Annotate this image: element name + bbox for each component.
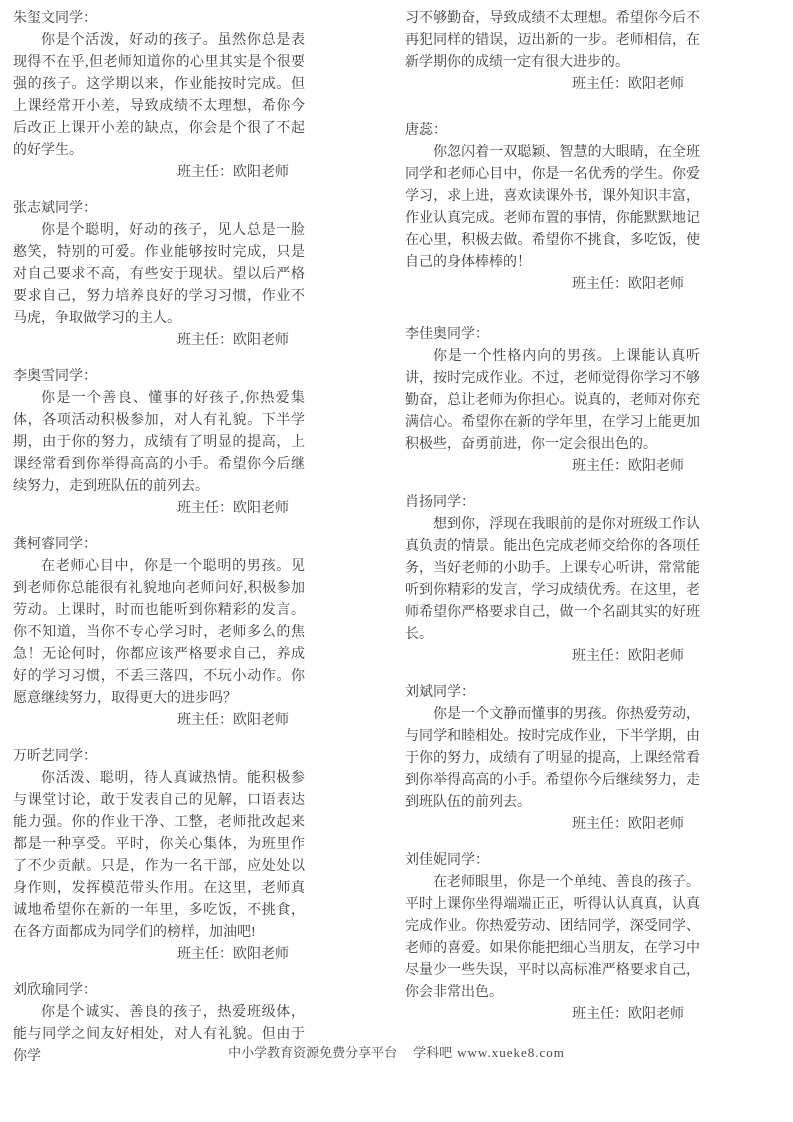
comment-section: 张志斌同学： 你是个聪明，好动的孩子，见人总是一脸憨笑，特别的可爱。作业能够按时… — [13, 198, 305, 352]
footer-platform-text: 中小学教育资源免费分享平台 — [228, 1045, 397, 1060]
footer-site-name: 学科吧 — [413, 1045, 452, 1060]
teacher-signature: 班主任：欧阳老师 — [13, 330, 305, 352]
comment-section: 李奥雪同学： 你是一个善良、懂事的好孩子,你热爱集体，各项活动积极参加，对人有礼… — [13, 366, 305, 520]
comment-body: 你忽闪着一双聪颖、智慧的大眼睛，在全班同学和老师心目中，你是一名优秀的学生。你爱… — [405, 142, 700, 274]
comment-section: 李佳奥同学： 你是一个性格内向的男孩。上课能认真听讲，按时完成作业。不过，老师觉… — [405, 324, 700, 478]
comment-section: 龚柯睿同学： 在老师心目中，你是一个聪明的男孩。见到老师你总能很有礼貌地向老师问… — [13, 534, 305, 732]
comment-body: 你是个聪明，好动的孩子，见人总是一脸憨笑，特别的可爱。作业能够按时完成，只是对自… — [13, 220, 305, 330]
teacher-signature: 班主任：欧阳老师 — [405, 814, 700, 836]
comment-body: 在老师眼里，你是一个单纯、善良的孩子。平时上课你坐得端端正正，听得认认真真，认真… — [405, 872, 700, 1004]
comment-body: 你是个活泼，好动的孩子。虽然你总是表现得不在乎,但老师知道你的心里其实是个很要强… — [13, 30, 305, 162]
teacher-signature: 班主任：欧阳老师 — [405, 1004, 700, 1026]
student-name: 李佳奥同学： — [405, 324, 700, 346]
document-page: 朱玺文同学： 你是个活泼，好动的孩子。虽然你总是表现得不在乎,但老师知道你的心里… — [0, 0, 793, 1122]
student-name: 龚柯睿同学： — [13, 534, 305, 556]
teacher-signature: 班主任：欧阳老师 — [13, 162, 305, 184]
page-footer: 中小学教育资源免费分享平台学科吧www.xueke8.com — [0, 1044, 793, 1062]
teacher-signature: 班主任：欧阳老师 — [13, 498, 305, 520]
comment-body: 在老师心目中，你是一个聪明的男孩。见到老师你总能很有礼貌地向老师问好,积极参加劳… — [13, 556, 305, 710]
teacher-signature: 班主任：欧阳老师 — [405, 646, 700, 668]
right-column: 习不够勤奋，导致成绩不太理想。希望你今后不再犯同样的错误，迈出新的一步。老师相信… — [405, 8, 700, 1040]
student-name: 朱玺文同学： — [13, 8, 305, 30]
teacher-signature: 班主任：欧阳老师 — [405, 74, 700, 96]
comment-body: 你是一个善良、懂事的好孩子,你热爱集体，各项活动积极参加，对人有礼貌。下半学期，… — [13, 388, 305, 498]
student-name: 唐蕊： — [405, 120, 700, 142]
comment-body: 想到你，浮现在我眼前的是你对班级工作认真负责的情景。能出色完成老师交给你的各项任… — [405, 514, 700, 646]
student-name: 肖扬同学： — [405, 492, 700, 514]
comment-section: 朱玺文同学： 你是个活泼，好动的孩子。虽然你总是表现得不在乎,但老师知道你的心里… — [13, 8, 305, 184]
comment-section: 刘斌同学： 你是一个文静而懂事的男孩。你热爱劳动，与同学和睦相处。按时完成作业，… — [405, 682, 700, 836]
comment-body: 你是一个文静而懂事的男孩。你热爱劳动，与同学和睦相处。按时完成作业，下半学期，由… — [405, 704, 700, 814]
teacher-signature: 班主任：欧阳老师 — [405, 456, 700, 478]
student-name: 李奥雪同学： — [13, 366, 305, 388]
comment-body: 你活泼、聪明，待人真诚热情。能积极参与课堂讨论，敢于发表自己的见解，口语表达能力… — [13, 768, 305, 944]
comment-body: 你是一个性格内向的男孩。上课能认真听讲，按时完成作业。不过，老师觉得你学习不够勤… — [405, 346, 700, 456]
comment-section: 唐蕊： 你忽闪着一双聪颖、智慧的大眼睛，在全班同学和老师心目中，你是一名优秀的学… — [405, 120, 700, 296]
comment-section-continuation: 习不够勤奋，导致成绩不太理想。希望你今后不再犯同样的错误，迈出新的一步。老师相信… — [405, 8, 700, 96]
student-name: 万昕艺同学： — [13, 746, 305, 768]
comment-section: 万昕艺同学： 你活泼、聪明，待人真诚热情。能积极参与课堂讨论，敢于发表自己的见解… — [13, 746, 305, 966]
student-name: 张志斌同学： — [13, 198, 305, 220]
teacher-signature: 班主任：欧阳老师 — [405, 274, 700, 296]
student-name: 刘欣瑜同学： — [13, 980, 305, 1002]
comment-section: 刘佳妮同学： 在老师眼里，你是一个单纯、善良的孩子。平时上课你坐得端端正正，听得… — [405, 850, 700, 1026]
student-name: 刘斌同学： — [405, 682, 700, 704]
left-column: 朱玺文同学： 你是个活泼，好动的孩子。虽然你总是表现得不在乎,但老师知道你的心里… — [13, 8, 305, 1082]
teacher-signature: 班主任：欧阳老师 — [13, 944, 305, 966]
comment-section: 肖扬同学： 想到你，浮现在我眼前的是你对班级工作认真负责的情景。能出色完成老师交… — [405, 492, 700, 668]
student-name: 刘佳妮同学： — [405, 850, 700, 872]
comment-body: 习不够勤奋，导致成绩不太理想。希望你今后不再犯同样的错误，迈出新的一步。老师相信… — [405, 8, 700, 74]
teacher-signature: 班主任：欧阳老师 — [13, 710, 305, 732]
footer-site-url: www.xueke8.com — [457, 1045, 565, 1060]
